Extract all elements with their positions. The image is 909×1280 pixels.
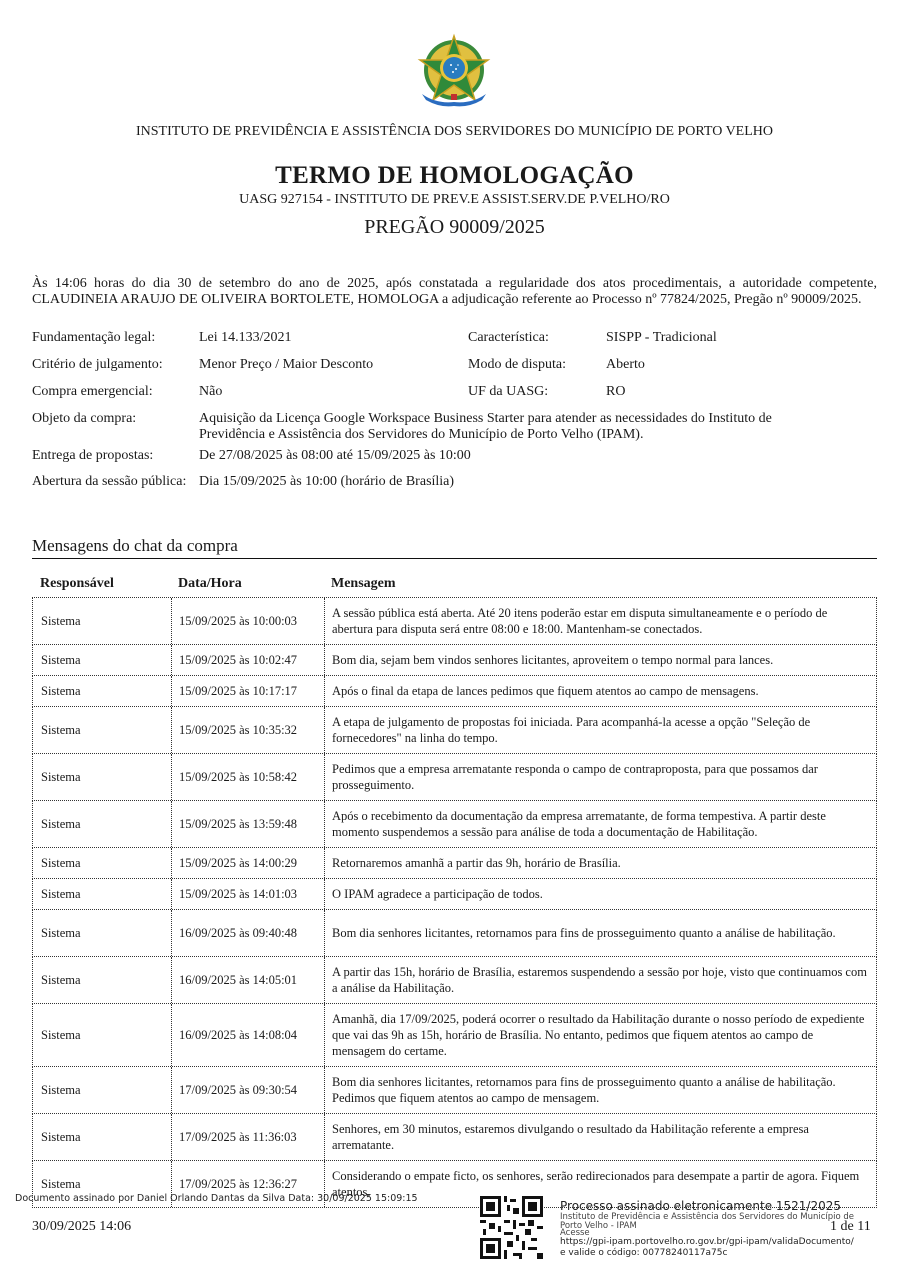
- modo-value: Aberto: [606, 357, 645, 373]
- procurement-details: Fundamentação legal: Lei 14.133/2021 Car…: [32, 330, 877, 501]
- field-row: Objeto da compra: Aquisição da Licença G…: [32, 411, 877, 448]
- table-row: Sistema16/09/2025 às 14:08:04Amanhã, dia…: [32, 1004, 877, 1067]
- cell-data-hora: 15/09/2025 às 10:00:03: [171, 598, 324, 644]
- cell-responsavel: Sistema: [33, 598, 171, 644]
- fundamentacao-value: Lei 14.133/2021: [199, 330, 292, 346]
- field-row: Fundamentação legal: Lei 14.133/2021 Car…: [32, 330, 877, 357]
- table-row: Sistema15/09/2025 às 13:59:48Após o rece…: [32, 801, 877, 848]
- signature-stamp: Documento assinado por Daniel Orlando Da…: [15, 1193, 418, 1204]
- table-row: Sistema15/09/2025 às 10:00:03A sessão pú…: [32, 598, 877, 645]
- table-body: Sistema15/09/2025 às 10:00:03A sessão pú…: [32, 597, 877, 1208]
- cell-responsavel: Sistema: [33, 1067, 171, 1113]
- caracteristica-value: SISPP - Tradicional: [606, 330, 717, 346]
- criterio-value: Menor Preço / Maior Desconto: [199, 357, 373, 373]
- cell-data-hora: 16/09/2025 às 09:40:48: [171, 910, 324, 956]
- cell-data-hora: 15/09/2025 às 10:02:47: [171, 645, 324, 675]
- chat-section-title: Mensagens do chat da compra: [32, 536, 877, 559]
- cell-data-hora: 17/09/2025 às 11:36:03: [171, 1114, 324, 1160]
- cell-responsavel: Sistema: [33, 676, 171, 706]
- cell-responsavel: Sistema: [33, 754, 171, 800]
- homologation-statement: Às 14:06 horas do dia 30 de setembro do …: [32, 276, 877, 308]
- field-row: Abertura da sessão pública: Dia 15/09/20…: [32, 474, 877, 501]
- validation-code: e valide o código: 00778240117a75c: [560, 1248, 727, 1258]
- table-row: Sistema15/09/2025 às 10:35:32A etapa de …: [32, 707, 877, 754]
- cell-data-hora: 15/09/2025 às 14:01:03: [171, 879, 324, 909]
- cell-mensagem: Bom dia senhores licitantes, retornamos …: [324, 1067, 876, 1113]
- cell-responsavel: Sistema: [33, 707, 171, 753]
- cell-mensagem: Senhores, em 30 minutos, estaremos divul…: [324, 1114, 876, 1160]
- column-header-data: Data/Hora: [178, 576, 242, 592]
- signed-process-title: Processo assinado eletronicamente 1521/2…: [560, 1199, 841, 1213]
- cell-data-hora: 17/09/2025 às 09:30:54: [171, 1067, 324, 1113]
- cell-mensagem: Bom dia, sejam bem vindos senhores licit…: [324, 645, 876, 675]
- modo-label: Modo de disputa:: [468, 357, 566, 373]
- table-row: Sistema16/09/2025 às 09:40:48Bom dia sen…: [32, 910, 877, 957]
- abertura-value: Dia 15/09/2025 às 10:00 (horário de Bras…: [199, 474, 454, 490]
- entrega-label: Entrega de propostas:: [32, 448, 153, 464]
- table-row: Sistema15/09/2025 às 10:17:17Após o fina…: [32, 676, 877, 707]
- uasg-line: UASG 927154 - INSTITUTO DE PREV.E ASSIST…: [0, 192, 909, 208]
- column-header-responsavel: Responsável: [40, 576, 114, 592]
- cell-data-hora: 15/09/2025 às 14:00:29: [171, 848, 324, 878]
- emergencial-value: Não: [199, 384, 222, 400]
- cell-mensagem: A sessão pública está aberta. Até 20 ite…: [324, 598, 876, 644]
- institution-name: INSTITUTO DE PREVIDÊNCIA E ASSISTÊNCIA D…: [0, 121, 909, 142]
- table-row: Sistema15/09/2025 às 14:01:03O IPAM agra…: [32, 879, 877, 910]
- uf-label: UF da UASG:: [468, 384, 548, 400]
- field-row: Critério de julgamento: Menor Preço / Ma…: [32, 357, 877, 384]
- abertura-label: Abertura da sessão pública:: [32, 474, 186, 490]
- objeto-value: Aquisição da Licença Google Workspace Bu…: [199, 411, 819, 443]
- cell-data-hora: 15/09/2025 às 10:17:17: [171, 676, 324, 706]
- chat-messages-table: Responsável Data/Hora Mensagem Sistema15…: [32, 576, 877, 1208]
- table-row: Sistema17/09/2025 às 11:36:03Senhores, e…: [32, 1114, 877, 1161]
- table-header: Responsável Data/Hora Mensagem: [32, 576, 877, 597]
- cell-mensagem: Após o final da etapa de lances pedimos …: [324, 676, 876, 706]
- cell-responsavel: Sistema: [33, 1004, 171, 1066]
- cell-mensagem: Retornaremos amanhã a partir das 9h, hor…: [324, 848, 876, 878]
- cell-responsavel: Sistema: [33, 879, 171, 909]
- table-row: Sistema15/09/2025 às 10:58:42Pedimos que…: [32, 754, 877, 801]
- table-row: Sistema15/09/2025 às 14:00:29Retornaremo…: [32, 848, 877, 879]
- objeto-label: Objeto da compra:: [32, 411, 136, 427]
- cell-mensagem: Pedimos que a empresa arrematante respon…: [324, 754, 876, 800]
- fundamentacao-label: Fundamentação legal:: [32, 330, 155, 346]
- table-row: Sistema15/09/2025 às 10:02:47Bom dia, se…: [32, 645, 877, 676]
- validation-url-link[interactable]: https://gpi-ipam.portovelho.ro.gov.br/gp…: [560, 1237, 854, 1247]
- cell-responsavel: Sistema: [33, 645, 171, 675]
- criterio-label: Critério de julgamento:: [32, 357, 163, 373]
- caracteristica-label: Característica:: [468, 330, 549, 346]
- emergencial-label: Compra emergencial:: [32, 384, 153, 400]
- column-header-mensagem: Mensagem: [331, 576, 396, 592]
- field-row: Compra emergencial: Não UF da UASG: RO: [32, 384, 877, 411]
- cell-responsavel: Sistema: [33, 801, 171, 847]
- cell-mensagem: O IPAM agradece a participação de todos.: [324, 879, 876, 909]
- document-title: TERMO DE HOMOLOGAÇÃO: [0, 162, 909, 190]
- pregao-number: PREGÃO 90009/2025: [0, 216, 909, 239]
- cell-responsavel: Sistema: [33, 910, 171, 956]
- cell-data-hora: 15/09/2025 às 13:59:48: [171, 801, 324, 847]
- entrega-value: De 27/08/2025 às 08:00 até 15/09/2025 às…: [199, 448, 471, 464]
- cell-responsavel: Sistema: [33, 957, 171, 1003]
- table-row: Sistema17/09/2025 às 09:30:54Bom dia sen…: [32, 1067, 877, 1114]
- cell-mensagem: Após o recebimento da documentação da em…: [324, 801, 876, 847]
- print-date: 30/09/2025 14:06: [32, 1219, 131, 1235]
- uf-value: RO: [606, 384, 625, 400]
- page-number: 1 de 11: [830, 1219, 871, 1235]
- table-row: Sistema16/09/2025 às 14:05:01A partir da…: [32, 957, 877, 1004]
- cell-mensagem: Bom dia senhores licitantes, retornamos …: [324, 910, 876, 956]
- cell-mensagem: A etapa de julgamento de propostas foi i…: [324, 707, 876, 753]
- cell-mensagem: Amanhã, dia 17/09/2025, poderá ocorrer o…: [324, 1004, 876, 1066]
- cell-responsavel: Sistema: [33, 848, 171, 878]
- cell-data-hora: 15/09/2025 às 10:58:42: [171, 754, 324, 800]
- cell-data-hora: 16/09/2025 às 14:05:01: [171, 957, 324, 1003]
- qr-code-icon[interactable]: [480, 1196, 543, 1259]
- signing-institution: Instituto de Previdência e Assistência d…: [560, 1213, 860, 1231]
- cell-data-hora: 15/09/2025 às 10:35:32: [171, 707, 324, 753]
- field-row: Entrega de propostas: De 27/08/2025 às 0…: [32, 448, 877, 474]
- cell-data-hora: 16/09/2025 às 14:08:04: [171, 1004, 324, 1066]
- coat-of-arms-icon: [416, 32, 492, 110]
- cell-responsavel: Sistema: [33, 1114, 171, 1160]
- cell-mensagem: A partir das 15h, horário de Brasília, e…: [324, 957, 876, 1003]
